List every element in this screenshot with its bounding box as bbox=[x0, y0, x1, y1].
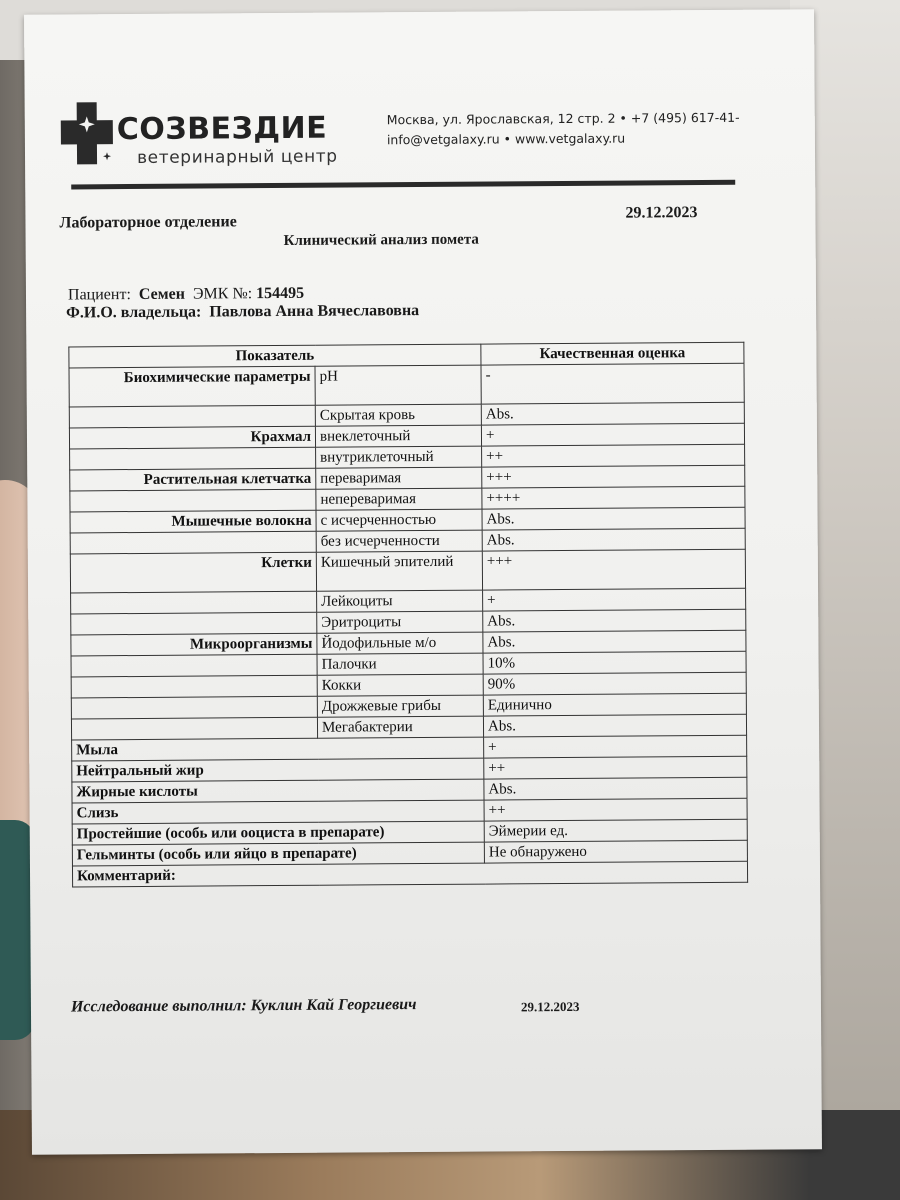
row-value: Единично bbox=[483, 693, 746, 716]
row-category bbox=[70, 489, 316, 512]
row-value: Abs. bbox=[481, 402, 744, 425]
row-value: Эймерии ед. bbox=[484, 819, 747, 842]
signature-date: 29.12.2023 bbox=[521, 999, 580, 1015]
row-category bbox=[69, 405, 315, 428]
row-value: 10% bbox=[483, 651, 746, 674]
clinic-logo: СОЗВЕЗДИЕ ветеринарный центр bbox=[59, 98, 360, 180]
clinic-name: СОЗВЕЗДИЕ bbox=[117, 111, 328, 147]
owner-name: Павлова Анна Вячеславовна bbox=[209, 302, 419, 320]
row-label: Нейтральный жир bbox=[72, 758, 484, 782]
row-value: Abs. bbox=[482, 507, 745, 530]
patient-line: Пациент: Семен ЭМК №: 154495 bbox=[68, 285, 304, 305]
row-parameter: Эритроциты bbox=[317, 611, 483, 633]
cross-with-stars-icon bbox=[59, 100, 115, 166]
row-parameter: Йодофильные м/о bbox=[317, 632, 483, 654]
row-parameter: pH bbox=[315, 365, 481, 405]
row-category: Крахмал bbox=[69, 426, 315, 449]
patient-name: Семен bbox=[139, 286, 185, 303]
row-category: Биохимические параметры bbox=[69, 366, 315, 407]
patient-label: Пациент: bbox=[68, 286, 131, 303]
header-indicator: Показатель bbox=[69, 344, 481, 368]
row-parameter: Мегабактерии bbox=[317, 716, 483, 738]
row-parameter: Лейкоциты bbox=[317, 590, 483, 612]
row-category bbox=[71, 654, 317, 677]
row-parameter: внеклеточный bbox=[315, 425, 481, 447]
clinic-address: Москва, ул. Ярославская, 12 стр. 2 • +7 … bbox=[387, 108, 740, 130]
header-divider bbox=[71, 180, 735, 190]
row-parameter: Кокки bbox=[317, 674, 483, 696]
row-category bbox=[70, 447, 316, 470]
row-category bbox=[71, 591, 317, 614]
performed-by: Исследование выполнил: Куклин Кай Георги… bbox=[71, 996, 417, 1016]
row-label: Простейшие (особь или ооциста в препарат… bbox=[72, 821, 484, 845]
clinic-subtitle: ветеринарный центр bbox=[137, 147, 338, 168]
department: Лабораторное отделение bbox=[59, 213, 236, 232]
clinic-contacts: Москва, ул. Ярославская, 12 стр. 2 • +7 … bbox=[387, 108, 740, 150]
row-value: ++ bbox=[484, 798, 747, 821]
row-category bbox=[71, 675, 317, 698]
row-category: Микроорганизмы bbox=[71, 633, 317, 656]
owner-label: Ф.И.О. владельца: bbox=[66, 304, 201, 322]
row-parameter: с исчерченностью bbox=[316, 509, 482, 531]
lab-report-sheet: СОЗВЕЗДИЕ ветеринарный центр Москва, ул.… bbox=[24, 9, 822, 1154]
row-label: Гельминты (особь или яйцо в препарате) bbox=[72, 842, 484, 866]
row-value: - bbox=[481, 363, 744, 404]
row-value: +++ bbox=[482, 549, 745, 590]
emk-number: 154495 bbox=[256, 285, 304, 302]
row-value: + bbox=[481, 423, 744, 446]
row-parameter: Кишечный эпителий bbox=[316, 551, 482, 591]
row-value: 90% bbox=[483, 672, 746, 695]
table-row: КлеткиКишечный эпителий+++ bbox=[70, 549, 745, 593]
row-value: +++ bbox=[482, 465, 745, 488]
row-value: + bbox=[484, 735, 747, 758]
row-parameter: без исчерченности bbox=[316, 530, 482, 552]
comment-label: Комментарий: bbox=[72, 861, 747, 887]
row-value: + bbox=[483, 588, 746, 611]
row-category bbox=[70, 531, 316, 554]
row-parameter: Дрожжевые грибы bbox=[317, 695, 483, 717]
row-label: Мыла bbox=[72, 737, 484, 761]
row-category: Растительная клетчатка bbox=[70, 468, 316, 491]
row-value: Не обнаружено bbox=[484, 840, 747, 863]
table-row: Биохимические параметрыpH- bbox=[69, 363, 744, 407]
clinic-web: info@vetgalaxy.ru • www.vetgalaxy.ru bbox=[387, 128, 740, 150]
report-date: 29.12.2023 bbox=[625, 204, 697, 223]
row-category bbox=[71, 717, 317, 740]
row-category bbox=[71, 696, 317, 719]
emk-label: ЭМК №: bbox=[193, 285, 252, 302]
row-category: Клетки bbox=[70, 552, 316, 593]
row-parameter: переваримая bbox=[316, 467, 482, 489]
comment-row: Комментарий: bbox=[72, 861, 747, 887]
row-label: Жирные кислоты bbox=[72, 779, 484, 803]
row-label: Слизь bbox=[72, 800, 484, 824]
row-value: ++ bbox=[482, 444, 745, 467]
row-category bbox=[71, 612, 317, 635]
row-parameter: внутриклеточный bbox=[316, 446, 482, 468]
row-category: Мышечные волокна bbox=[70, 510, 316, 533]
row-value: Abs. bbox=[483, 714, 746, 737]
row-value: Abs. bbox=[482, 528, 745, 551]
row-value: Abs. bbox=[483, 609, 746, 632]
row-parameter: Скрытая кровь bbox=[315, 404, 481, 426]
row-parameter: Палочки bbox=[317, 653, 483, 675]
owner-line: Ф.И.О. владельца: Павлова Анна Вячеславо… bbox=[66, 302, 419, 322]
row-value: ++ bbox=[484, 756, 747, 779]
row-parameter: непереваримая bbox=[316, 488, 482, 510]
results-table: Показатель Качественная оценка Биохимиче… bbox=[68, 342, 748, 888]
report-title: Клинический анализ помета bbox=[284, 232, 479, 250]
row-value: Abs. bbox=[483, 630, 746, 653]
row-value: Abs. bbox=[484, 777, 747, 800]
header-assessment: Качественная оценка bbox=[481, 342, 744, 365]
row-value: ++++ bbox=[482, 486, 745, 509]
